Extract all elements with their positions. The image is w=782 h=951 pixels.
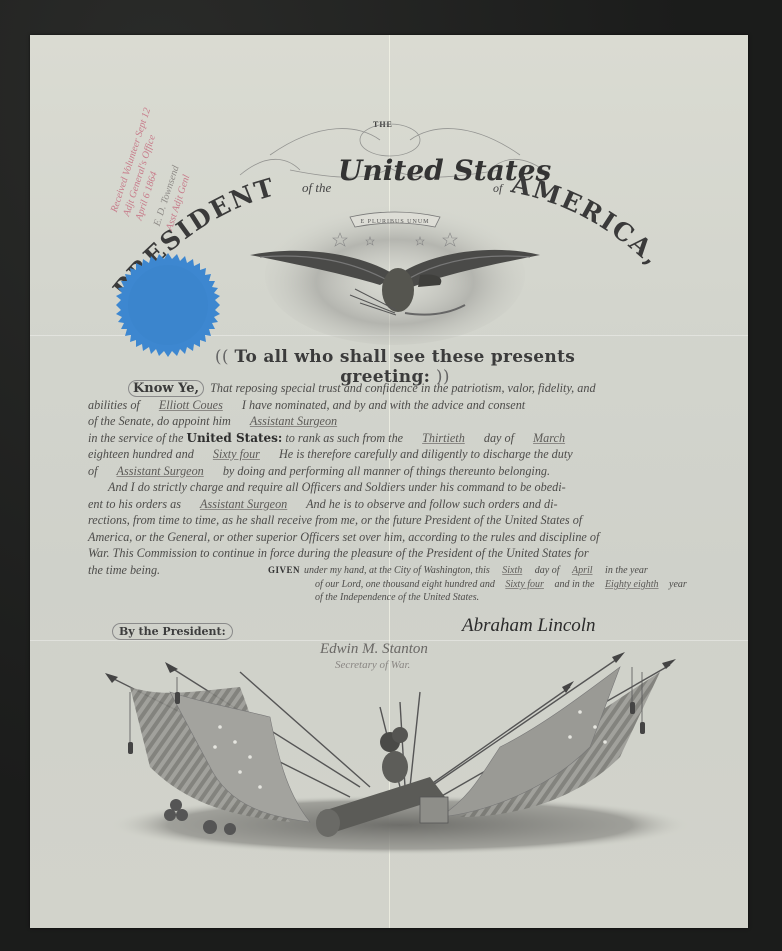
body-text: of the Senate, do appoint him xyxy=(88,414,231,428)
given-text: under my hand, at the City of Washington… xyxy=(304,565,490,576)
rank-day: Thirtieth xyxy=(406,431,481,445)
body-line: Know Ye,That reposing special trust and … xyxy=(88,380,708,397)
know-ye: Know Ye, xyxy=(128,380,204,397)
body-line: in the service of the United States: to … xyxy=(88,430,708,447)
given-text: and in the xyxy=(554,579,594,590)
united-states-bold: United States: xyxy=(186,431,282,445)
body-text: That reposing special trust and confiden… xyxy=(210,381,595,395)
appointed-rank: Assistant Surgeon xyxy=(234,414,353,428)
body-text: day of xyxy=(484,431,514,445)
motto-banner: E PLURIBUS UNUM xyxy=(360,219,429,225)
by-the-president-label: By the President: xyxy=(112,623,233,640)
body-text: abilities of xyxy=(88,398,140,412)
military-trophy-vignette xyxy=(100,647,690,857)
eagle-vignette: E PLURIBUS UNUM xyxy=(220,195,570,345)
body-line: of the Senate, do appoint him Assistant … xyxy=(88,413,708,430)
given-text: of our Lord, one thousand eight hundred … xyxy=(315,579,495,590)
body-text: eighteen hundred and xyxy=(88,447,194,461)
body-text: to rank as such from the xyxy=(285,431,403,445)
orders-rank: Assistant Surgeon xyxy=(184,497,303,511)
body-line: rections, from time to time, as he shall… xyxy=(88,512,708,529)
body-text: And he is to observe and follow such ord… xyxy=(306,497,557,511)
rank-month: March xyxy=(517,431,581,445)
body-text: I have nominated, and by and with the ad… xyxy=(242,398,525,412)
given-text: year xyxy=(669,579,687,590)
independence-year: Eighty eighth xyxy=(597,579,667,590)
given-day: Sixth xyxy=(492,565,532,576)
body-line: of our Lord, one thousand eight hundred … xyxy=(88,578,708,591)
body-line: of the Independence of the United States… xyxy=(88,591,708,604)
given-text: day of xyxy=(535,565,560,576)
body-line: And I do strictly charge and require all… xyxy=(88,479,708,496)
body-text: of xyxy=(88,464,97,478)
body-line: America, or the General, or other superi… xyxy=(88,529,708,546)
body-line: the time being. GIVENunder my hand, at t… xyxy=(88,562,708,579)
body-text: War. This Commission to continue in forc… xyxy=(88,546,589,560)
body-text: the time being. xyxy=(88,563,160,577)
given-year: Sixty four xyxy=(497,579,552,590)
given-text: of the Independence of the United States… xyxy=(315,592,479,603)
body-text: in the service of the xyxy=(88,431,183,445)
given-clause: GIVENunder my hand, at the City of Washi… xyxy=(268,564,648,577)
blue-wafer-seal xyxy=(116,253,220,357)
body-line: abilities of Elliott Coues I have nomina… xyxy=(88,397,708,414)
body-line: War. This Commission to continue in forc… xyxy=(88,545,708,562)
lincoln-signature: Abraham Lincoln xyxy=(462,615,596,637)
body-text: ent to his orders as xyxy=(88,497,181,511)
appointee-name: Elliott Coues xyxy=(143,398,239,412)
given-text: in the year xyxy=(605,565,648,576)
body-text: rections, from time to time, as he shall… xyxy=(88,513,582,527)
body-line: of Assistant Surgeon by doing and perfor… xyxy=(88,463,708,480)
header-of-the: of the xyxy=(302,180,331,195)
rank-year: Sixty four xyxy=(197,447,276,461)
duty-rank: Assistant Surgeon xyxy=(101,464,220,478)
given-label: GIVEN xyxy=(268,565,300,575)
body-text: by doing and performing all manner of th… xyxy=(223,464,550,478)
body-text: And I do strictly charge and require all… xyxy=(108,480,566,494)
body-line: eighteen hundred and Sixty four He is th… xyxy=(88,446,708,463)
body-text: America, or the General, or other superi… xyxy=(88,530,599,544)
commission-body: Know Ye,That reposing special trust and … xyxy=(88,380,708,604)
body-line: ent to his orders as Assistant Surgeon A… xyxy=(88,496,708,513)
commission-document: Received Volunteer Sept 12 Adjt General'… xyxy=(30,35,748,928)
body-text: He is therefore carefully and diligently… xyxy=(279,447,573,461)
given-month: April xyxy=(562,565,603,576)
